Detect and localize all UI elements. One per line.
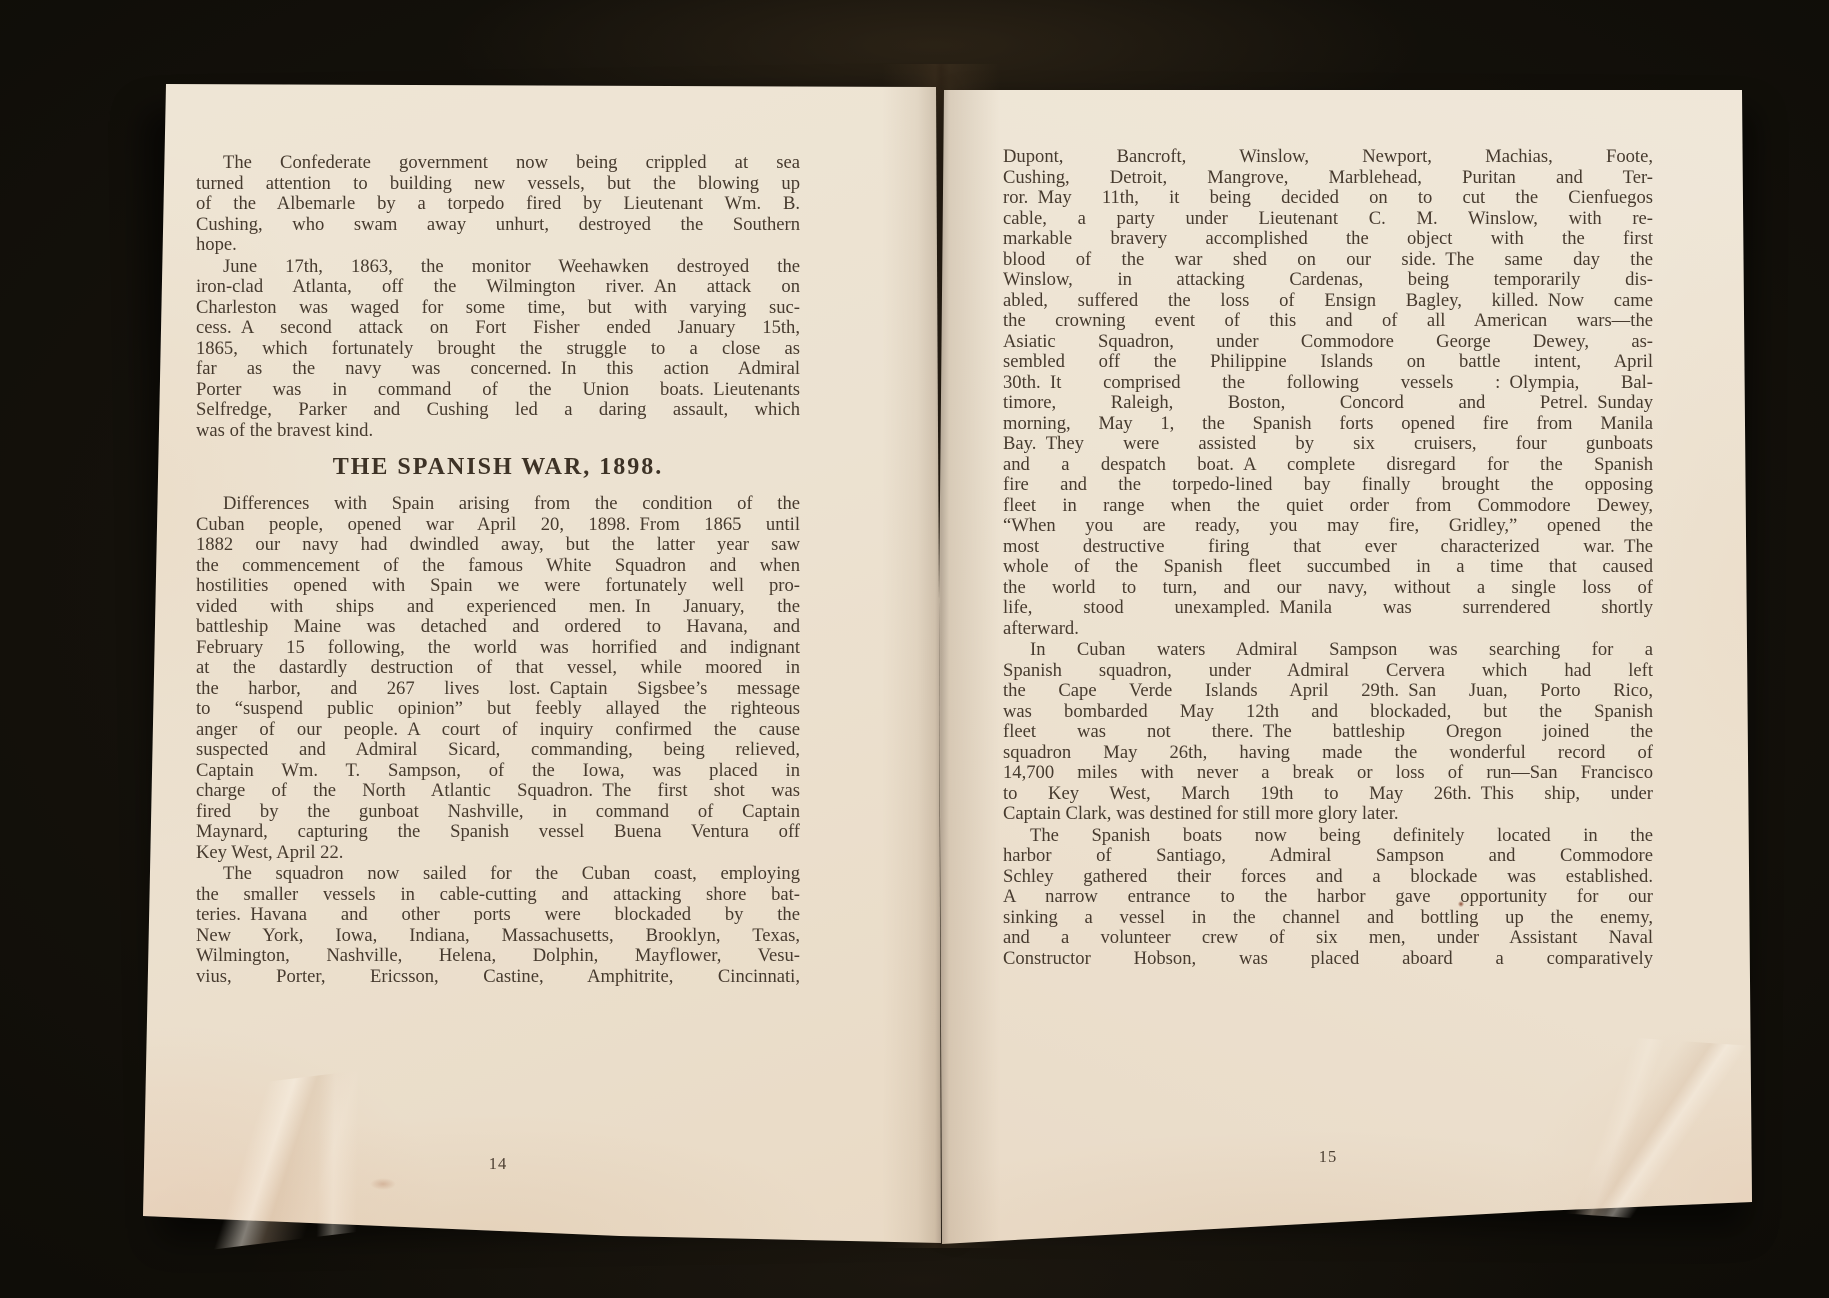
text-line: fire and the torpedo-lined bay finally b…: [1003, 475, 1653, 496]
text-line: In Cuban waters Admiral Sampson was sear…: [1003, 640, 1653, 661]
paragraph: In Cuban waters Admiral Sampson was sear…: [1003, 640, 1653, 825]
text-line: of the Albemarle by a torpedo fired by L…: [196, 194, 800, 215]
text-line: Porter was in command of the Union boats…: [196, 380, 800, 401]
text-line: fleet in range when the quiet order from…: [1003, 496, 1653, 517]
text-line: turned attention to building new vessels…: [196, 174, 800, 195]
text-line: squadron May 26th, having made the wonde…: [1003, 743, 1653, 764]
text-line: morning, May 1, the Spanish forts opened…: [1003, 414, 1653, 435]
text-line: fired by the gunboat Nashville, in comma…: [196, 802, 800, 823]
text-line: Asiatic Squadron, under Commodore George…: [1003, 332, 1653, 353]
text-line: Differences with Spain arising from the …: [196, 494, 800, 515]
text-line: 1865, which fortunately brought the stru…: [196, 339, 800, 360]
text-line: June 17th, 1863, the monitor Weehawken d…: [196, 257, 800, 278]
text-line: Selfredge, Parker and Cushing led a dari…: [196, 400, 800, 421]
text-line: Schley gathered their forces and a block…: [1003, 867, 1653, 888]
text-line: the smaller vessels in cable-cutting and…: [196, 885, 800, 906]
paragraph: The Confederate government now being cri…: [196, 153, 800, 256]
text-line: ror. May 11th, it being decided on to cu…: [1003, 188, 1653, 209]
text-line: iron-clad Atlanta, off the Wilmington ri…: [196, 277, 800, 298]
text-line: vided with ships and experienced men. In…: [196, 597, 800, 618]
text-line: charge of the North Atlantic Squadron. T…: [196, 781, 800, 802]
text-line: Captain Wm. T. Sampson, of the Iowa, was…: [196, 761, 800, 782]
text-line: anger of our people. A court of inquiry …: [196, 720, 800, 741]
text-line: cess. A second attack on Fort Fisher end…: [196, 318, 800, 339]
text-line: A narrow entrance to the harbor gave opp…: [1003, 887, 1653, 908]
text-line: battleship Maine was detached and ordere…: [196, 617, 800, 638]
text-line: Cuban people, opened war April 20, 1898.…: [196, 515, 800, 536]
page-number-left: 14: [196, 1154, 800, 1174]
text-line: Constructor Hobson, was placed aboard a …: [1003, 949, 1653, 970]
text-line: Dupont, Bancroft, Winslow, Newport, Mach…: [1003, 147, 1653, 168]
text-line: “When you are ready, you may fire, Gridl…: [1003, 516, 1653, 537]
text-line: Captain Clark, was destined for still mo…: [1003, 804, 1653, 825]
paragraph: The Spanish boats now being definitely l…: [1003, 826, 1653, 970]
text-line: fleet was not there. The battleship Oreg…: [1003, 722, 1653, 743]
text-line: most destructive firing that ever charac…: [1003, 537, 1653, 558]
text-line: blood of the war shed on our side. The s…: [1003, 250, 1653, 271]
text-line: sembled off the Philippine Islands on ba…: [1003, 352, 1653, 373]
text-line: markable bravery accomplished the object…: [1003, 229, 1653, 250]
text-line: Charleston was waged for some time, but …: [196, 298, 800, 319]
text-line: hope.: [196, 235, 800, 256]
text-line: 30th. It comprised the following vessels…: [1003, 373, 1653, 394]
text-line: at the dastardly destruction of that ves…: [196, 658, 800, 679]
text-line: to “suspend public opinion” but feebly a…: [196, 699, 800, 720]
text-line: the Cape Verde Islands April 29th. San J…: [1003, 681, 1653, 702]
page-number-right: 15: [1003, 1147, 1653, 1167]
book-photo-background: The Confederate government now being cri…: [0, 0, 1829, 1298]
text-line: the harbor, and 267 lives lost. Captain …: [196, 679, 800, 700]
text-line: February 15 following, the world was hor…: [196, 638, 800, 659]
text-line: the crowning event of this and of all Am…: [1003, 311, 1653, 332]
text-line: was bombarded May 12th and blockaded, bu…: [1003, 702, 1653, 723]
text-line: Key West, April 22.: [196, 843, 800, 864]
text-line: the world to turn, and our navy, without…: [1003, 578, 1653, 599]
text-line: hostilities opened with Spain we were fo…: [196, 576, 800, 597]
text-line: Spanish squadron, under Admiral Cervera …: [1003, 661, 1653, 682]
text-line: to Key West, March 19th to May 26th. Thi…: [1003, 784, 1653, 805]
section-heading: THE SPANISH WAR, 1898.: [196, 454, 800, 480]
text-line: Winslow, in attacking Cardenas, being te…: [1003, 270, 1653, 291]
text-line: Cushing, who swam away unhurt, destroyed…: [196, 215, 800, 236]
text-line: the commencement of the famous White Squ…: [196, 556, 800, 577]
paragraph: Differences with Spain arising from the …: [196, 494, 800, 863]
text-line: suspected and Admiral Sicard, commanding…: [196, 740, 800, 761]
text-line: and a despatch boat. A complete disregar…: [1003, 455, 1653, 476]
text-line: Wilmington, Nashville, Helena, Dolphin, …: [196, 946, 800, 967]
text-line: New York, Iowa, Indiana, Massachusetts, …: [196, 926, 800, 947]
text-line: 1882 our navy had dwindled away, but the…: [196, 535, 800, 556]
text-line: The squadron now sailed for the Cuban co…: [196, 864, 800, 885]
text-line: teries. Havana and other ports were bloc…: [196, 905, 800, 926]
text-line: cable, a party under Lieutenant C. M. Wi…: [1003, 209, 1653, 230]
text-line: sinking a vessel in the channel and bott…: [1003, 908, 1653, 929]
text-line: whole of the Spanish fleet succumbed in …: [1003, 557, 1653, 578]
text-line: The Confederate government now being cri…: [196, 153, 800, 174]
text-line: Maynard, capturing the Spanish vessel Bu…: [196, 822, 800, 843]
paragraph: The squadron now sailed for the Cuban co…: [196, 864, 800, 987]
text-line: abled, suffered the loss of Ensign Bagle…: [1003, 291, 1653, 312]
text-line: 14,700 miles with never a break or loss …: [1003, 763, 1653, 784]
right-page-text: Dupont, Bancroft, Winslow, Newport, Mach…: [1003, 147, 1653, 969]
text-line: timore, Raleigh, Boston, Concord and Pet…: [1003, 393, 1653, 414]
paragraph: June 17th, 1863, the monitor Weehawken d…: [196, 257, 800, 442]
text-line: afterward.: [1003, 619, 1653, 640]
text-line: harbor of Santiago, Admiral Sampson and …: [1003, 846, 1653, 867]
text-line: was of the bravest kind.: [196, 421, 800, 442]
text-line: vius, Porter, Ericsson, Castine, Amphitr…: [196, 967, 800, 988]
text-line: The Spanish boats now being definitely l…: [1003, 826, 1653, 847]
text-line: far as the navy was concerned. In this a…: [196, 359, 800, 380]
left-page-text: The Confederate government now being cri…: [196, 153, 800, 987]
text-line: Bay. They were assisted by six cruisers,…: [1003, 434, 1653, 455]
paragraph: Dupont, Bancroft, Winslow, Newport, Mach…: [1003, 147, 1653, 639]
text-line: Cushing, Detroit, Mangrove, Marblehead, …: [1003, 168, 1653, 189]
text-line: and a volunteer crew of six men, under A…: [1003, 928, 1653, 949]
text-line: life, stood unexampled. Manila was surre…: [1003, 598, 1653, 619]
